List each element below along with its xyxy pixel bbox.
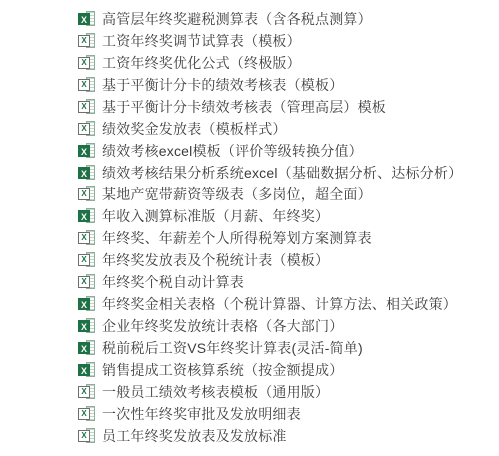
excel-file-list-page: X 高管层年终奖避税测算表（含各税点测算） X 工资年终奖调节试算表（模板） X… [0,0,499,456]
file-name-label: 年终奖个税自动计算表 [102,272,244,292]
file-name-label: 某地产宽带薪资等级表（多岗位，超全面） [102,184,372,204]
file-name-label: 绩效考核结果分析系统excel（基础数据分析、达标分析） [102,163,462,183]
list-item[interactable]: X 员工年终奖发放表及发放标准 [78,425,491,447]
list-item[interactable]: X 一次性年终奖审批及发放明细表 [78,403,491,425]
list-item[interactable]: X 一般员工绩效考核表模板（通用版） [78,381,491,403]
excel-solid-x-icon: X [78,165,96,181]
excel-solid-x-icon: X [78,318,96,334]
file-name-label: 高管层年终奖避税测算表（含各税点测算） [102,9,372,29]
excel-outline-x-icon: X [78,99,96,115]
file-name-label: 工资年终奖优化公式（终极版） [102,53,301,73]
list-item[interactable]: X 某地产宽带薪资等级表（多岗位，超全面） [78,184,491,206]
excel-outline-x-icon: X [78,186,96,202]
file-name-label: 销售提成工资核算系统（按金额提成） [102,360,343,380]
list-item[interactable]: X 年终奖金相关表格（个税计算器、计算方法、相关政策） [78,293,491,315]
list-item[interactable]: X 基于平衡计分卡绩效考核表（管理高层）模板 [78,96,491,118]
file-name-label: 年收入测算标准版（月薪、年终奖） [102,206,329,226]
excel-solid-x-icon: X [78,11,96,27]
list-item[interactable]: X 年收入测算标准版（月薪、年终奖） [78,205,491,227]
file-name-label: 年终奖金相关表格（个税计算器、计算方法、相关政策） [102,294,457,314]
excel-solid-x-icon: X [78,143,96,159]
excel-outline-x-icon: X [78,77,96,93]
excel-outline-x-icon: X [78,274,96,290]
list-item[interactable]: X 税前税后工资VS年终奖计算表(灵活-简单) [78,337,491,359]
excel-outline-x-icon: X [78,33,96,49]
file-name-label: 一般员工绩效考核表模板（通用版） [102,382,329,402]
list-item[interactable]: X 绩效考核excel模板（评价等级转换分值） [78,140,491,162]
list-item[interactable]: X 年终奖发放表及个税统计表（模板） [78,249,491,271]
excel-outline-x-icon: X [78,121,96,137]
list-item[interactable]: X 企业年终奖发放统计表格（各大部门） [78,315,491,337]
list-item[interactable]: X 销售提成工资核算系统（按金额提成） [78,359,491,381]
excel-outline-x-icon: X [78,230,96,246]
list-item[interactable]: X 工资年终奖优化公式（终极版） [78,52,491,74]
excel-solid-x-icon: X [78,340,96,356]
file-name-label: 税前税后工资VS年终奖计算表(灵活-简单) [102,338,363,358]
file-name-label: 工资年终奖调节试算表（模板） [102,31,301,51]
excel-solid-x-icon: X [78,362,96,378]
list-item[interactable]: X 基于平衡计分卡的绩效考核表（模板） [78,74,491,96]
list-item[interactable]: X 年终奖、年薪差个人所得税筹划方案测算表 [78,227,491,249]
list-item[interactable]: X 年终奖个税自动计算表 [78,271,491,293]
list-item[interactable]: X 绩效奖金发放表（模板样式） [78,118,491,140]
file-name-label: 年终奖、年薪差个人所得税筹划方案测算表 [102,228,372,248]
file-name-label: 员工年终奖发放表及发放标准 [102,426,287,446]
file-name-label: 绩效考核excel模板（评价等级转换分值） [102,141,363,161]
file-list: X 高管层年终奖避税测算表（含各税点测算） X 工资年终奖调节试算表（模板） X… [78,8,491,447]
file-name-label: 企业年终奖发放统计表格（各大部门） [102,316,343,336]
list-item[interactable]: X 工资年终奖调节试算表（模板） [78,30,491,52]
excel-outline-x-icon: X [78,428,96,444]
excel-outline-x-icon: X [78,406,96,422]
list-item[interactable]: X 高管层年终奖避税测算表（含各税点测算） [78,8,491,30]
excel-outline-x-icon: X [78,252,96,268]
excel-solid-x-icon: X [78,208,96,224]
file-name-label: 基于平衡计分卡的绩效考核表（模板） [102,75,343,95]
excel-outline-x-icon: X [78,55,96,71]
file-name-label: 年终奖发放表及个税统计表（模板） [102,250,329,270]
excel-outline-x-icon: X [78,384,96,400]
list-item[interactable]: X 绩效考核结果分析系统excel（基础数据分析、达标分析） [78,162,491,184]
file-name-label: 一次性年终奖审批及发放明细表 [102,404,301,424]
file-name-label: 绩效奖金发放表（模板样式） [102,119,287,139]
file-name-label: 基于平衡计分卡绩效考核表（管理高层）模板 [102,97,386,117]
excel-solid-x-icon: X [78,296,96,312]
